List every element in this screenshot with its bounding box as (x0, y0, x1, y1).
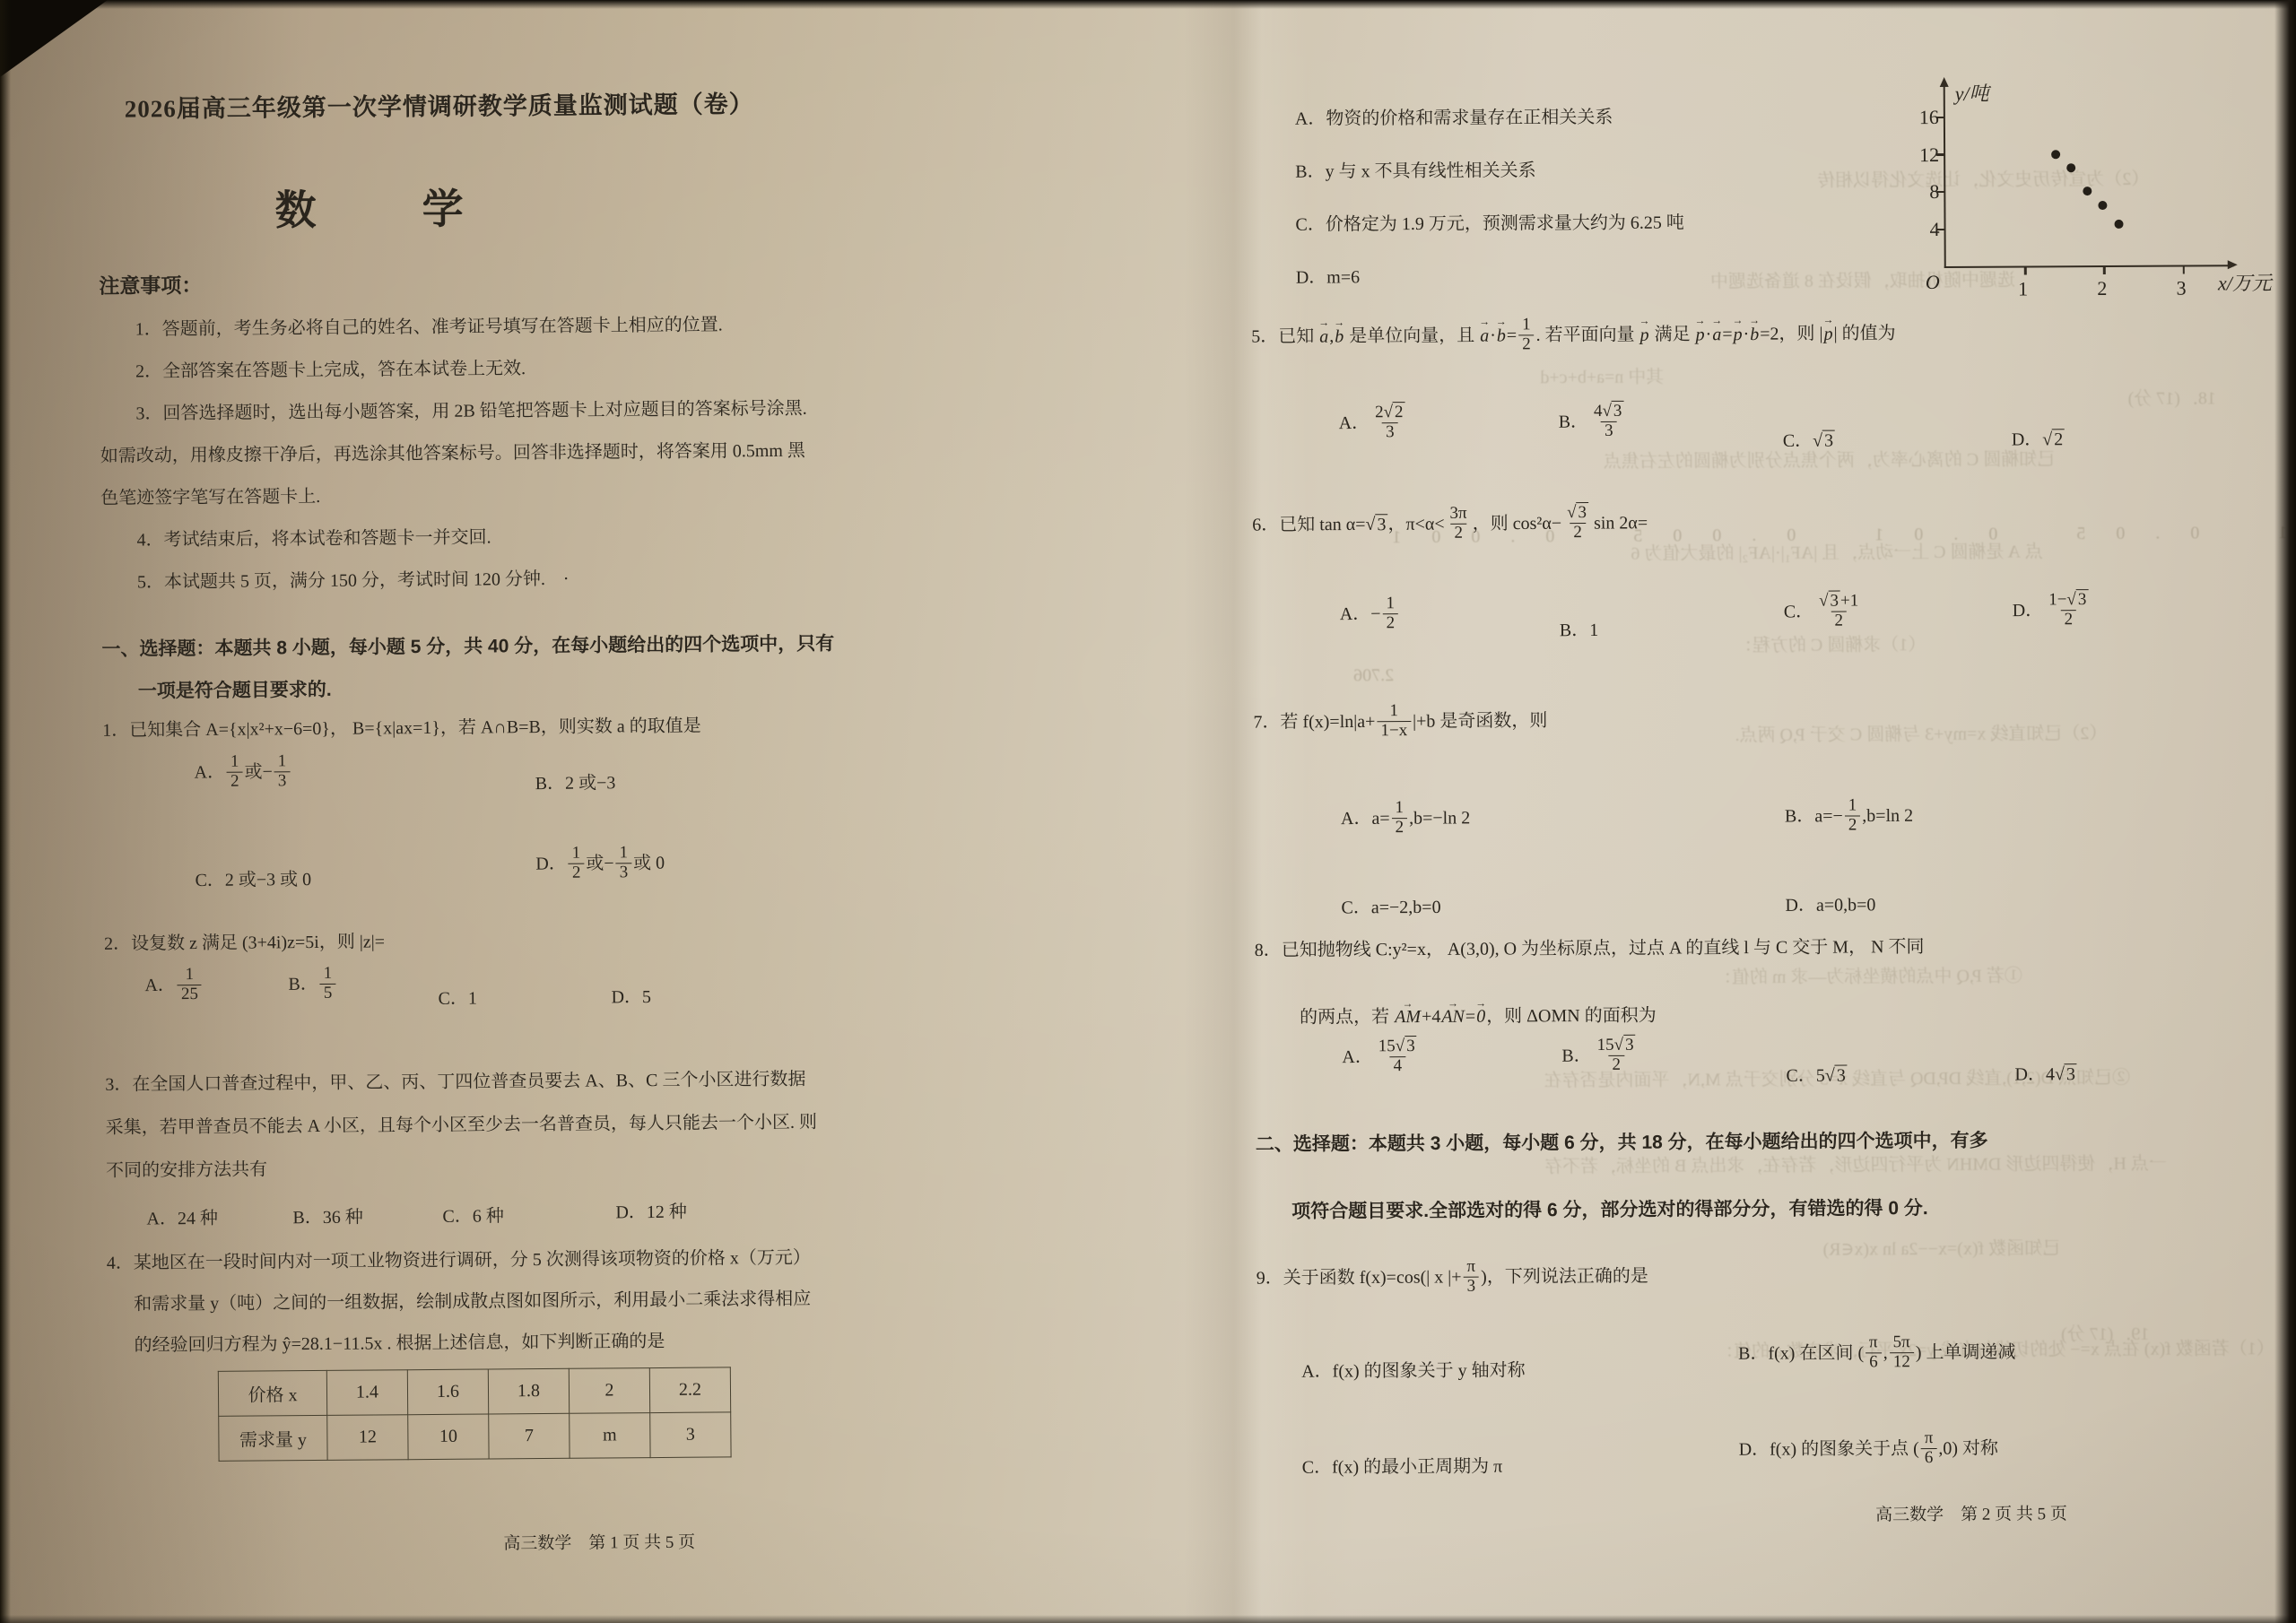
table-cell: 1.6 (407, 1369, 488, 1415)
q1-stem: 1．已知集合 A={x|x²+x−6=0}， B={x|ax=1}，若 A∩B=… (102, 711, 701, 742)
q9-stem: 9．关于函数 f(x)=cos(| x |+π3)，下列说法正确的是 (1257, 1259, 1648, 1298)
q1-option-a: A．12或−13 (194, 754, 291, 793)
q2-option-a: A．125 (144, 968, 204, 1006)
scatter-point (2083, 187, 2092, 196)
q7-option-a: A．a=12,b=−ln 2 (1341, 801, 1470, 839)
y-axis (1944, 81, 1946, 268)
table-cell: 2 (569, 1368, 649, 1414)
page-footer: 高三数学 第 2 页 共 5 页 (1875, 1500, 2067, 1525)
q4-line: 和需求量 y（吨）之间的一组数据，绘制成散点图如图所示，利用最小二乘法求得相应 (107, 1279, 770, 1325)
q7-option-d: D．a=0,b=0 (1785, 890, 1875, 916)
y-tick-label: 4 (1907, 220, 1939, 239)
notice-heading: 注意事项： (99, 269, 202, 299)
q1-option-d: D．12或−13或 0 (535, 846, 665, 884)
bleedthrough-text: 2.706 (1353, 665, 1394, 686)
q8-line: 8．已知抛物线 C:y²=x， A(3,0), O 为坐标原点，过点 A 的直线… (1255, 932, 1925, 961)
origin-label: O (1926, 271, 1940, 294)
q1-option-b: B．2 或−3 (535, 768, 616, 794)
q4-option-b: B．y 与 x 不具有线性相关关系 (1295, 155, 1535, 182)
bleedthrough-text: 已知函数 f(x)=x−−2a ln x(x∈R) (1822, 1233, 2060, 1260)
bleedthrough-text: ①若 P,Q 中点的横坐标为—求 m 的值： (1714, 960, 2022, 988)
notice-line: 5．本试题共 5 页，满分 150 分，考试时间 120 分钟. · (101, 557, 765, 604)
table-row: 价格 x 1.4 1.6 1.8 2 2.2 (218, 1367, 730, 1416)
bleedthrough-text: 其中 n=a+b+c+d (1540, 362, 1664, 389)
q5-option-d: D．√2 (2012, 424, 2066, 450)
q5-option-c: C．√3 (1783, 426, 1835, 452)
x-tick (2182, 266, 2184, 274)
q4-line: 的经验回归方程为 ŷ=28.1−11.5x . 根据上述信息，如下判断正确的是 (107, 1320, 770, 1367)
table-cell: 7 (489, 1413, 570, 1459)
q3-line: 3．在全国人口普查过程中，甲、乙、丙、丁四位普查员要去 A、B、C 三个小区进行… (105, 1058, 769, 1107)
q8-option-b: B．15√32 (1561, 1038, 1641, 1076)
q5-option-a: A．2√23 (1339, 405, 1411, 443)
q4-option-c: C．价格定为 1.9 万元，预测需求量大约为 6.25 吨 (1295, 207, 1683, 235)
q3-option-d: D．12 种 (615, 1197, 687, 1224)
scatter-point (2099, 201, 2108, 210)
q5-stem: 5．已知 a,b 是单位向量，且 a·b=12. 若平面向量 p 满足 p·a=… (1251, 316, 1896, 357)
q6-option-c: C．√3+12 (1784, 594, 1865, 631)
x-tick-label: 2 (2097, 279, 2107, 299)
table-cell: 10 (408, 1414, 489, 1460)
notice-line: 色笔迹签字笔写在答题卡上. (100, 473, 764, 520)
page-2: （2）为宣传历史文化，让选文化得以相传 选题中随机抽取，假设在 8 道备选题中 … (1242, 29, 2286, 1612)
table-cell: 价格 x (218, 1370, 326, 1416)
q4-stem: 4．某地区在一段时间内对一项工业物资进行调研，分 5 次测得该项物资的价格 x（… (107, 1237, 771, 1367)
q8-option-d: D．4√3 (2014, 1059, 2077, 1085)
bleedthrough-text: 点 A 是椭圆 C 上一动点，且 |AF₁|·|AF₂| 的最大值为 6 (1631, 536, 2043, 564)
x-tick-label: 1 (2018, 279, 2028, 299)
scatter-point (2066, 164, 2075, 173)
notice-list: 1．答题前，考生务必将自己的姓名、准考证号填写在答题卡上相应的位置. 2．全部答… (100, 304, 766, 604)
q2-stem: 2．设复数 z 满足 (3+4i)z=5i，则 |z|= (104, 926, 385, 954)
table-row: 需求量 y 12 10 7 m 3 (219, 1412, 731, 1461)
table-cell: 1.4 (326, 1370, 407, 1416)
section1-heading: 一、选择题：本题共 8 小题，每小题 5 分，共 40 分，在每小题给出的四个选… (101, 623, 766, 713)
q3-line: 不同的安排方法共有 (106, 1144, 770, 1193)
x-tick (2103, 266, 2105, 274)
q7-stem: 7．若 f(x)=ln|a+11−x|+b 是奇函数，则 (1253, 703, 1547, 742)
x-tick (2024, 266, 2026, 274)
exam-title: 2026届高三年级第一次学情调研教学质量监测试题（卷） (125, 84, 754, 125)
scatter-chart: y/吨 x/万元 O 161284123 (1907, 70, 2259, 294)
notice-line: 如需改动，用橡皮擦干净后，再选涂其他答案标号。回答非选择题时，将答案用 0.5m… (100, 430, 764, 478)
q1-option-c: C．2 或−3 或 0 (195, 864, 311, 891)
photo-edge-top (0, 0, 2296, 9)
q4-option-a: A．物资的价格和需求量存在正相关关系 (1295, 102, 1613, 130)
q6-option-d: D．1−√32 (2013, 593, 2094, 631)
q8-option-c: C．5√3 (1786, 1061, 1847, 1087)
q6-option-b: B．1 (1560, 615, 1598, 641)
table-cell: 2.2 (649, 1367, 730, 1413)
section1-line: 一项是符合题目要求的. (102, 665, 766, 713)
y-axis-label: y/吨 (1955, 79, 1989, 107)
y-tick-label: 12 (1907, 145, 1939, 165)
bleedthrough-text: 18．(17 分) (2127, 383, 2215, 410)
q7-option-b: B．a=−12,b=ln 2 (1785, 798, 1913, 837)
photo-edge-right (2274, 0, 2296, 1623)
y-tick-label: 16 (1907, 108, 1939, 127)
bleedthrough-text: （2）已知直线 x=my+3 与椭圆 C 交于 P,Q 两点. (1735, 718, 2107, 746)
photo-edge-left (0, 0, 11, 1623)
page-1: 2026届高三年级第一次学情调研教学质量监测试题（卷） 数 学 注意事项： 1．… (88, 47, 768, 1594)
q8-line: 的两点，若 AM+4AN=0，则 ΔOMN 的面积为 (1300, 1001, 1657, 1028)
q3-option-a: A．24 种 (146, 1203, 218, 1230)
q3-option-b: B．36 种 (292, 1202, 363, 1229)
notice-line: 1．答题前，考生务必将自己的姓名、准考证号填写在答题卡上相应的位置. (100, 304, 763, 352)
photo-edge-bottom (0, 1615, 2296, 1623)
q6-option-a: A．−12 (1340, 596, 1400, 634)
table-cell: 1.8 (488, 1368, 569, 1414)
q4-line: 4．某地区在一段时间内对一项工业物资进行调研，分 5 次测得该项物资的价格 x（… (107, 1237, 770, 1284)
q2-option-b: B．15 (288, 967, 337, 1004)
data-table: 价格 x 1.4 1.6 1.8 2 2.2 需求量 y 12 10 7 m 3 (218, 1367, 732, 1461)
q9-option-d: D．f(x) 的图象关于点 (π6,0) 对称 (1739, 1431, 1999, 1471)
table-cell: 12 (327, 1415, 408, 1461)
section1-line: 一、选择题：本题共 8 小题，每小题 5 分，共 40 分，在每小题给出的四个选… (101, 623, 765, 671)
q4-option-d: D．m=6 (1296, 262, 1360, 288)
q6-stem: 6．已知 tan α=√3，π<α<3π2，则 cos²α−√32sin 2α= (1252, 506, 1648, 545)
x-tick-label: 3 (2177, 279, 2187, 299)
q9-option-c: C．f(x) 的最小正周期为 π (1302, 1452, 1503, 1479)
table-cell: 3 (650, 1412, 731, 1458)
notice-line: 3．回答选择题时，选出每小题答案，用 2B 铅笔把答题卡上对应题目的答案标号涂黑… (100, 388, 763, 436)
subject-title: 数 学 (161, 175, 610, 238)
x-axis-label: x/万元 (2218, 268, 2272, 296)
table-cell: 需求量 y (219, 1415, 327, 1461)
scatter-point (2051, 150, 2060, 159)
section2-line: 二、选择题：本题共 3 小题，每小题 6 分，共 18 分，在每小题给出的四个选… (1256, 1126, 1988, 1157)
q5-option-b: B．4√33 (1559, 404, 1630, 442)
y-tick-label: 8 (1907, 182, 1939, 202)
notice-line: 4．考试结束后，将本试卷和答题卡一并交回. (100, 515, 764, 562)
q9-option-b: B．f(x) 在区间 (π6,5π12) 上单调递减 (1738, 1335, 2016, 1375)
q7-option-c: C．a=−2,b=0 (1341, 892, 1440, 919)
q9-option-a: A．f(x) 的图象关于 y 轴对称 (1301, 1355, 1526, 1382)
q2-option-d: D．5 (611, 982, 651, 1008)
section2-line: 项符合题目要求.全部选对的得 6 分，部分选对的得部分分，有错选的得 0 分. (1291, 1193, 1928, 1224)
notice-line: 2．全部答案在答题卡上完成，答在本试卷上无效. (100, 346, 763, 394)
table-cell: m (570, 1413, 650, 1459)
q8-option-a: A．15√34 (1342, 1039, 1422, 1077)
q3-line: 采集，若甲普查员不能去 A 小区，且每个小区至少去一名普查员，每人只能去一个小区… (105, 1101, 769, 1150)
q3-stem: 3．在全国人口普查过程中，甲、乙、丙、丁四位普查员要去 A、B、C 三个小区进行… (105, 1058, 770, 1193)
q2-option-c: C．1 (438, 984, 477, 1010)
scatter-point (2115, 220, 2124, 229)
x-axis (1944, 265, 2234, 268)
bleedthrough-text: （1）求椭圆 C 的方程： (1735, 629, 1926, 656)
page-footer: 高三数学 第 1 页 共 5 页 (503, 1529, 695, 1555)
q3-option-c: C．6 种 (442, 1201, 504, 1228)
